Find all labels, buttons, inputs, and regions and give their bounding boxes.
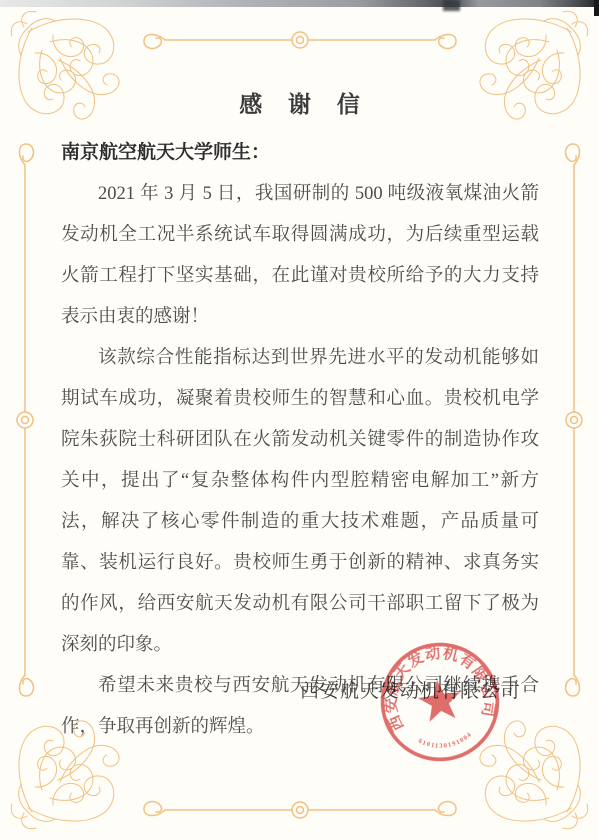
scan-dark-corner (594, 0, 599, 16)
letter-paragraph: 该款综合性能指标达到世界先进水平的发动机能够如期试车成功，凝聚着贵校师生的智慧和… (61, 338, 539, 666)
svg-text:6101130191004: 6101130191004 (416, 730, 475, 753)
letter-title: 感 谢 信 (0, 86, 599, 119)
frame-border-bottom (144, 802, 456, 818)
frame-border-right (566, 144, 582, 696)
letter-page: 感 谢 信 南京航空航天大学师生： 2021 年 3 月 5 日，我国研制的 5… (0, 0, 599, 840)
letter-salutation: 南京航空航天大学师生： (61, 137, 270, 164)
frame-border-top (144, 32, 456, 48)
scan-shadow-top (0, 0, 599, 7)
seal-star-icon (416, 677, 464, 723)
scan-dark-notch (443, 0, 460, 11)
official-seal: 西安航天发动机有限公司 6101130191004 (369, 631, 511, 773)
frame-border-left (17, 144, 33, 696)
seal-serial-number: 6101130191004 (416, 730, 475, 753)
letter-paragraph: 2021 年 3 月 5 日，我国研制的 500 吨级液氧煤油火箭发动机全工况半… (61, 174, 539, 338)
